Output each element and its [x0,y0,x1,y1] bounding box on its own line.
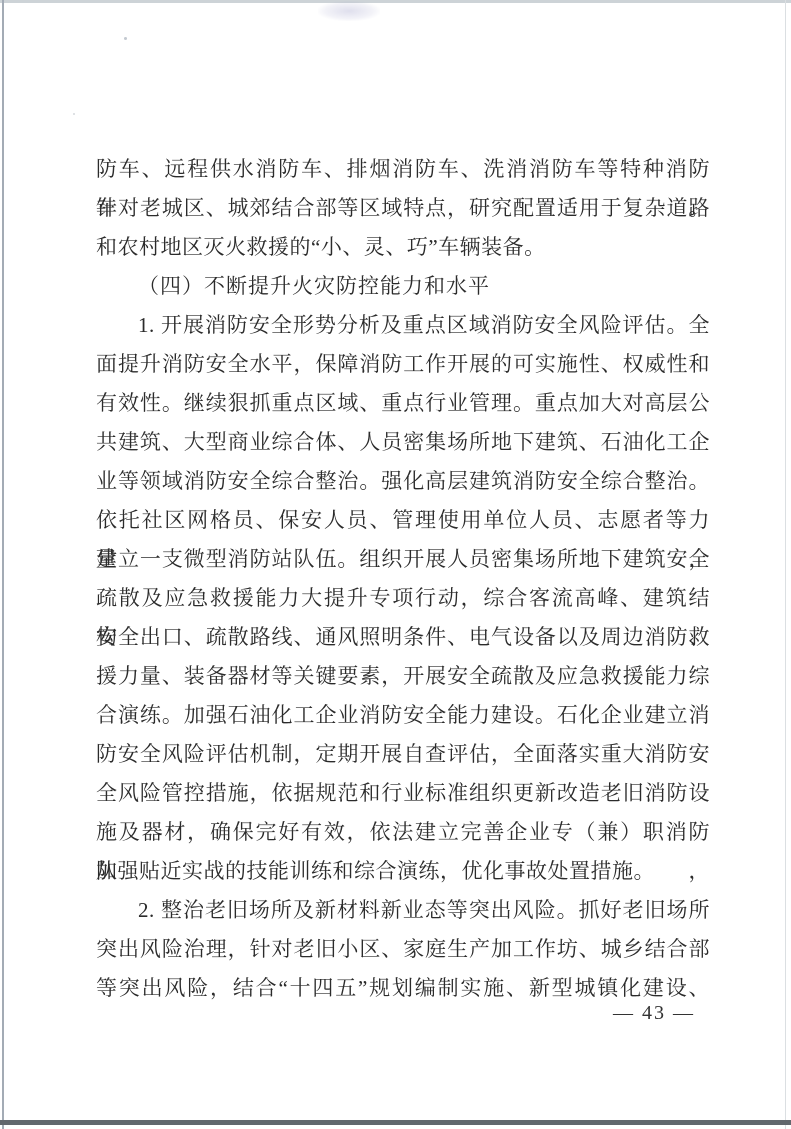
scan-edge-left [2,0,4,1129]
text-line: 防安全风险评估机制，定期开展自查评估，全面落实重大消防安 [96,735,710,774]
text-line: 施及器材，确保完好有效，依法建立完善企业专（兼）职消防队， [96,813,710,852]
text-line: 1. 开展消防安全形势分析及重点区域消防安全风险评估。全 [96,306,710,345]
text-line: 全风险管控措施，依据规范和行业标准组织更新改造老旧消防设 [96,774,710,813]
scan-speck [73,113,75,115]
text-line: 面提升消防安全水平，保障消防工作开展的可实施性、权威性和 [96,345,710,384]
text-line: 合演练。加强石油化工企业消防安全能力建设。石化企业建立消 [96,696,710,735]
text-line: 依托社区网格员、保安人员、管理使用单位人员、志愿者等力量， [96,501,710,540]
text-line: 针对老城区、城郊结合部等区域特点，研究配置适用于复杂道路 [96,189,710,228]
text-line: 和农村地区灭火救援的“小、灵、巧”车辆装备。 [96,228,710,267]
section-heading: （四）不断提升火灾防控能力和水平 [96,267,710,306]
scan-smudge [318,1,380,21]
scan-edge-top [0,0,791,3]
text-line: 2. 整治老旧场所及新材料新业态等突出风险。抓好老旧场所 [96,891,710,930]
scan-edge-right [785,0,786,1129]
page-number: — 43 — [613,1002,695,1025]
text-line: 业等领域消防安全综合整治。强化高层建筑消防安全综合整治。 [96,462,710,501]
text-line: 疏散及应急救援能力大提升专项行动，综合客流高峰、建筑结构、 [96,579,710,618]
text-line: 共建筑、大型商业综合体、人员密集场所地下建筑、石油化工企 [96,423,710,462]
text-line: 建立一支微型消防站队伍。组织开展人员密集场所地下建筑安全 [96,540,710,579]
text-line: 加强贴近实战的技能训练和综合演练，优化事故处置措施。 [96,852,710,891]
document-text-block: 防车、远程供水消防车、排烟消防车、洗消消防车等特种消防车。针对老城区、城郊结合部… [96,150,710,1008]
text-line: 有效性。继续狠抓重点区域、重点行业管理。重点加大对高层公 [96,384,710,423]
text-line: 突出风险治理，针对老旧小区、家庭生产加工作坊、城乡结合部 [96,930,710,969]
text-line: 安全出口、疏散路线、通风照明条件、电气设备以及周边消防救 [96,618,710,657]
scan-edge-bottom [0,1120,791,1125]
text-line: 援力量、装备器材等关键要素，开展安全疏散及应急救援能力综 [96,657,710,696]
scan-speck [124,37,127,40]
text-line: 防车、远程供水消防车、排烟消防车、洗消消防车等特种消防车。 [96,150,710,189]
